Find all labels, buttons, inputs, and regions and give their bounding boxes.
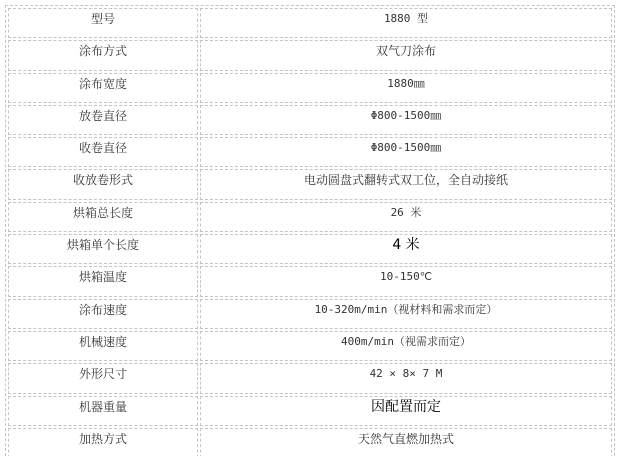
table-row: 型号 1880 型 xyxy=(8,8,612,38)
table-row: 加热方式 天然气直燃加热式 xyxy=(8,428,612,456)
spec-label: 烘箱温度 xyxy=(8,266,198,296)
spec-label: 加热方式 xyxy=(8,428,198,456)
spec-value: 因配置而定 xyxy=(200,396,612,426)
spec-label: 涂布方式 xyxy=(8,40,198,70)
spec-label: 烘箱单个长度 xyxy=(8,234,198,264)
spec-label: 涂布宽度 xyxy=(8,73,198,103)
spec-label: 收卷直径 xyxy=(8,137,198,167)
table-row: 烘箱单个长度 4 米 xyxy=(8,234,612,264)
table-row: 涂布速度 10-320m/min（视材料和需求而定） xyxy=(8,299,612,329)
spec-label: 涂布速度 xyxy=(8,299,198,329)
spec-value: 1880 型 xyxy=(200,8,612,38)
spec-table: 型号 1880 型 涂布方式 双气刀涂布 涂布宽度 1880㎜ 放卷直径 Φ80… xyxy=(5,5,615,456)
spec-label: 烘箱总长度 xyxy=(8,202,198,232)
spec-value: 26 米 xyxy=(200,202,612,232)
spec-value: 双气刀涂布 xyxy=(200,40,612,70)
spec-label: 机器重量 xyxy=(8,396,198,426)
table-row: 机器重量 因配置而定 xyxy=(8,396,612,426)
spec-label: 收放卷形式 xyxy=(8,169,198,199)
spec-label: 放卷直径 xyxy=(8,105,198,135)
spec-value: 10-150℃ xyxy=(200,266,612,296)
spec-value: 400m/min（视需求而定） xyxy=(200,331,612,361)
spec-label: 型号 xyxy=(8,8,198,38)
table-row: 放卷直径 Φ800-1500㎜ xyxy=(8,105,612,135)
spec-value: 电动圆盘式翻转式双工位，全自动接纸 xyxy=(200,169,612,199)
spec-value: 1880㎜ xyxy=(200,73,612,103)
spec-value: 10-320m/min（视材料和需求而定） xyxy=(200,299,612,329)
table-row: 涂布方式 双气刀涂布 xyxy=(8,40,612,70)
spec-value: 天然气直燃加热式 xyxy=(200,428,612,456)
spec-value: Φ800-1500㎜ xyxy=(200,137,612,167)
spec-value: Φ800-1500㎜ xyxy=(200,105,612,135)
table-row: 涂布宽度 1880㎜ xyxy=(8,73,612,103)
spec-value: 42 × 8× 7 M xyxy=(200,363,612,393)
spec-label: 外形尺寸 xyxy=(8,363,198,393)
table-row: 烘箱温度 10-150℃ xyxy=(8,266,612,296)
spec-value: 4 米 xyxy=(200,234,612,264)
table-row: 收卷直径 Φ800-1500㎜ xyxy=(8,137,612,167)
table-row: 烘箱总长度 26 米 xyxy=(8,202,612,232)
spec-label: 机械速度 xyxy=(8,331,198,361)
table-row: 外形尺寸 42 × 8× 7 M xyxy=(8,363,612,393)
table-row: 机械速度 400m/min（视需求而定） xyxy=(8,331,612,361)
table-row: 收放卷形式 电动圆盘式翻转式双工位，全自动接纸 xyxy=(8,169,612,199)
